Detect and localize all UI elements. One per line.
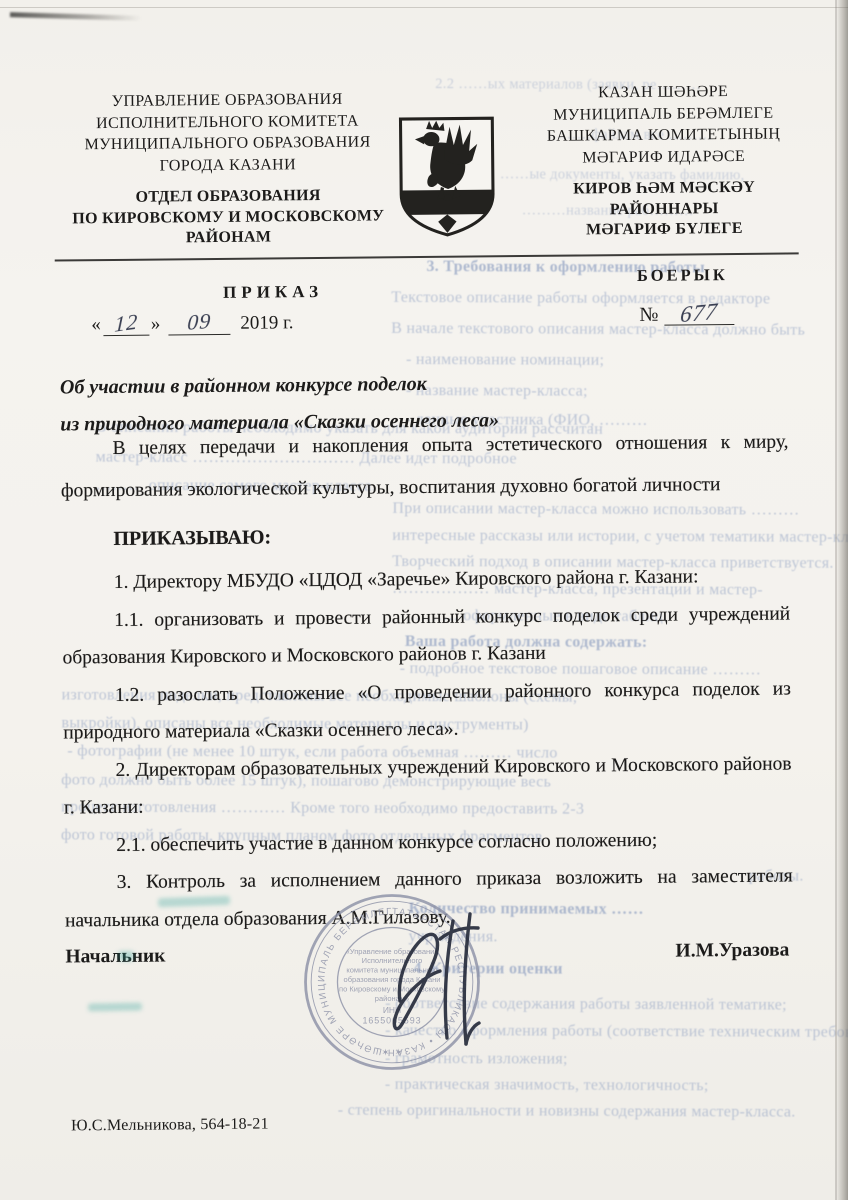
order-title-tatar: БОЕРЫК [637, 265, 728, 286]
header-right-block: КАЗАН ШӘҺӘРЕМУНИЦИПАЛЬ БЕРӘМЛЕГЕБАШКАРМА… [507, 80, 821, 241]
header-line-bold: РАЙОНАМ [48, 226, 408, 250]
body-paragraph: 1.2. разослать Положение «О проведении р… [63, 670, 792, 752]
order-title-russian: ПРИКАЗ [223, 282, 323, 303]
handwritten-day: 12 [113, 311, 138, 334]
body-paragraph: 1. Директору МБУДО «ЦДОД «Заречье» Киров… [62, 557, 790, 601]
executor-contact: Ю.С.Мельникова, 564-18-21 [71, 1116, 269, 1136]
body-paragraph: В целях передачи и накопления опыта эсте… [60, 421, 789, 512]
header-left-block: УПРАВЛЕНИЕ ОБРАЗОВАНИЯИСПОЛНИТЕЛЬНОГО КО… [47, 88, 409, 250]
signer-position: Начальник [65, 945, 165, 968]
ink-smudge [118, 951, 134, 961]
header-line-bold: МӘГАРИФ БҮЛЕГЕ [508, 218, 820, 241]
order-date-line: «12»092019 г. [91, 311, 293, 336]
body-paragraph: 1.1. организовать и провести районный ко… [62, 595, 791, 677]
paper-edge-shadow [836, 0, 848, 1200]
header-line: МУНИЦИПАЛЬ БЕРӘМЛЕГЕ [507, 102, 819, 126]
header-line: БАШКАРМА КОМИТЕТЫНЫҢ [507, 123, 819, 147]
signature-ink [382, 905, 492, 1055]
handwritten-order-number: 677 [680, 301, 720, 325]
body-paragraph: ПРИКАЗЫВАЮ: [61, 513, 789, 558]
handwritten-month: 09 [187, 311, 212, 333]
header-line-bold: ПО КИРОВСКОМУ И МОСКОВСКОМУ [48, 206, 408, 230]
quote-open: « [91, 314, 101, 335]
kazan-coat-of-arms-icon [395, 113, 498, 240]
order-body: В целях передачи и накопления опыта эсте… [60, 421, 793, 939]
scanned-order-document: 2.2 ……ых материалов (заявки, ре………………фай… [0, 0, 848, 1200]
header-divider [55, 252, 799, 261]
order-number-line: №677 [639, 303, 734, 327]
header-line: МУНИЦИПАЛЬНОГО ОБРАЗОВАНИЯ [48, 131, 408, 156]
header-line: МӘГАРИФ ИДАРӘСЕ [508, 145, 820, 169]
body-paragraph: 2. Директорам образовательных учреждений… [63, 745, 792, 827]
scanner-edge-line [0, 7, 848, 8]
header-line: КАЗАН ШӘҺӘРЕ [507, 80, 819, 104]
quote-close: » [151, 314, 161, 335]
ink-smudge [88, 1003, 142, 1012]
signer-name: И.М.Уразова [675, 940, 789, 963]
order-year: 2019 г. [240, 312, 293, 334]
number-sign: № [639, 304, 658, 326]
subject-line-1: Об участии в районном конкурсе поделок [60, 365, 499, 406]
